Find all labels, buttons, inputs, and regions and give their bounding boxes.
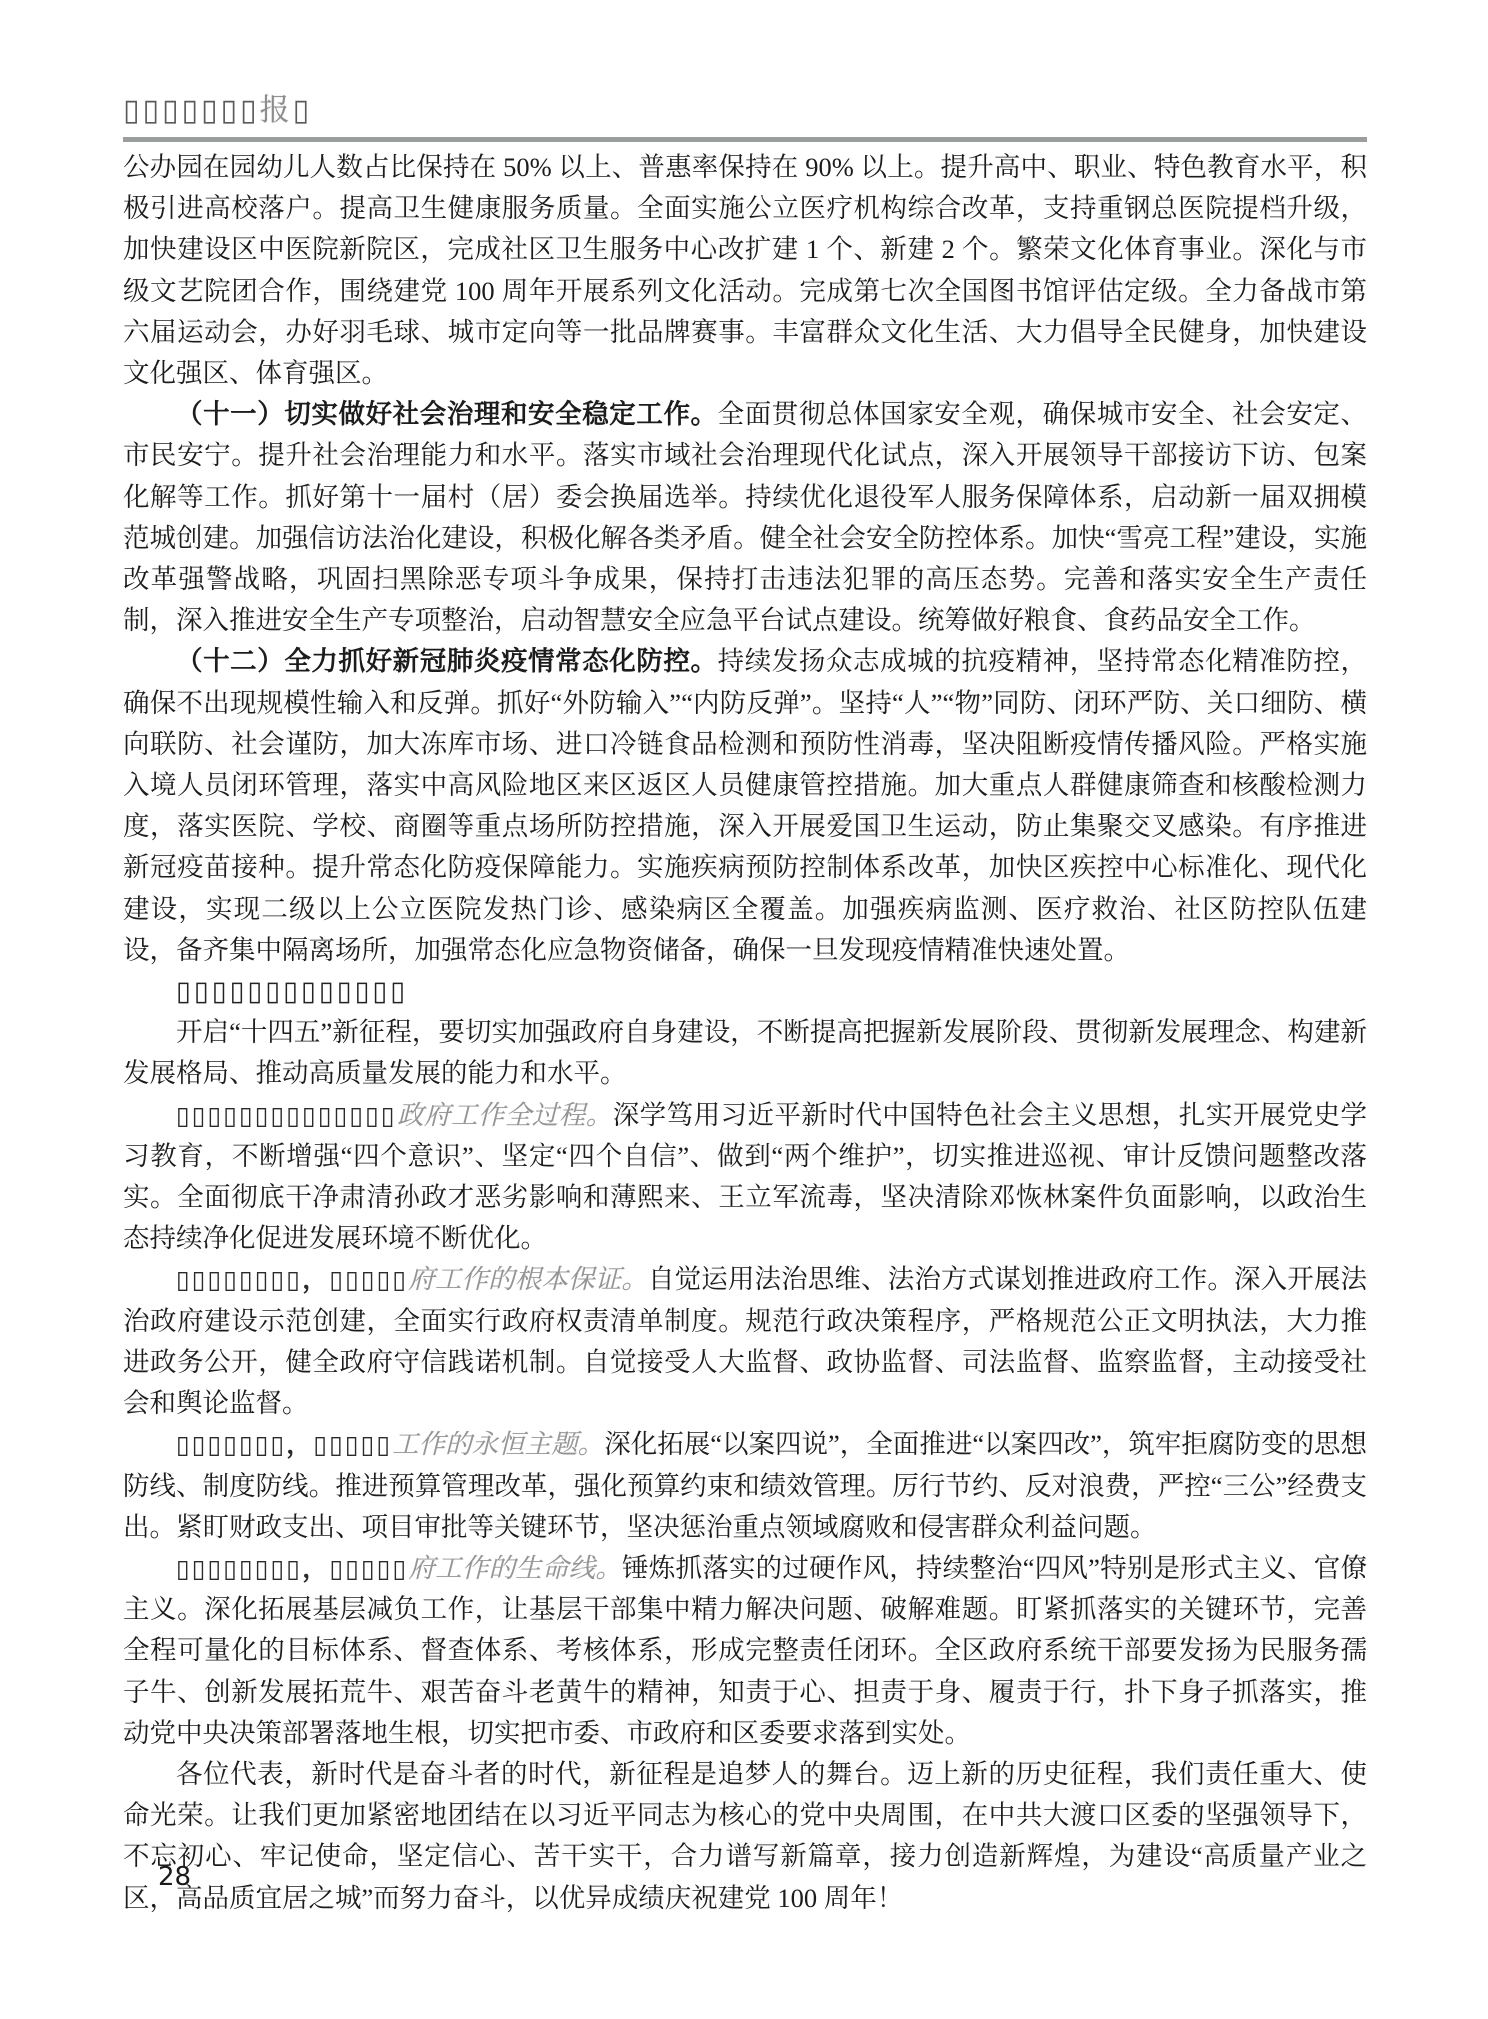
masthead: ▯▯▯▯▯▯▯报▯	[123, 94, 312, 128]
missing-glyph-boxes: ▯▯▯▯▯▯▯，▯▯▯▯▯	[176, 1430, 392, 1459]
paragraph-text: 开启“十四五”新征程，要切实加强政府自身建设，不断提高把握新发展阶段、贯彻新发展…	[123, 1017, 1367, 1088]
missing-glyph-boxes: ▯▯▯▯▯▯▯▯▯▯▯▯▯	[176, 976, 408, 1007]
script-fragment: 工作的永恒主题。	[392, 1429, 604, 1459]
section-12-heading: （十二）全力抓好新冠肺炎疫情常态化防控。	[176, 646, 718, 676]
paragraph-text: 全面贯彻总体国家安全观，确保城市安全、社会安定、市民安宁。提升社会治理能力和水平…	[123, 399, 1367, 635]
paragraph-rule-of-law: ▯▯▯▯▯▯▯▯，▯▯▯▯▯府工作的根本保证。自觉运用法治思维、法治方式谋划推进…	[123, 1259, 1367, 1424]
script-fragment: 府工作的根本保证。	[408, 1264, 648, 1294]
script-fragment: 府工作的生命线。	[408, 1553, 622, 1583]
masthead-missing-glyph-box-tail: ▯	[293, 93, 313, 128]
paragraph-text: 各位代表，新时代是奋斗者的时代，新征程是追梦人的舞台。迈上新的历史征程，我们责任…	[123, 1759, 1367, 1913]
section-heading-missing-glyphs: ▯▯▯▯▯▯▯▯▯▯▯▯▯	[123, 971, 1367, 1012]
paragraph-work-style: ▯▯▯▯▯▯▯▯，▯▯▯▯▯府工作的生命线。锤炼抓落实的过硬作风，持续整治“四风…	[123, 1548, 1367, 1754]
paragraph-section-12: （十二）全力抓好新冠肺炎疫情常态化防控。持续发扬众志成城的抗疫精神，坚持常态化精…	[123, 641, 1367, 971]
paragraph: 开启“十四五”新征程，要切实加强政府自身建设，不断提高把握新发展阶段、贯彻新发展…	[123, 1012, 1367, 1094]
document-body: 公办园在园幼儿人数占比保持在 50% 以上、普惠率保持在 90% 以上。提升高中…	[123, 147, 1367, 1919]
script-fragment: 政府工作全过程。	[397, 1100, 613, 1130]
paragraph-section-11: （十一）切实做好社会治理和安全稳定工作。全面贯彻总体国家安全观，确保城市安全、社…	[123, 394, 1367, 641]
header-divider-rule	[123, 137, 1367, 142]
section-11-heading: （十一）切实做好社会治理和安全稳定工作。	[176, 399, 718, 429]
paragraph-continuation: 公办园在园幼儿人数占比保持在 50% 以上、普惠率保持在 90% 以上。提升高中…	[123, 147, 1367, 394]
document-page: ▯▯▯▯▯▯▯报▯ 公办园在园幼儿人数占比保持在 50% 以上、普惠率保持在 9…	[0, 0, 1488, 2019]
missing-glyph-boxes: ▯▯▯▯▯▯▯▯，▯▯▯▯▯	[176, 1554, 408, 1583]
masthead-missing-glyph-boxes: ▯▯▯▯▯▯▯	[123, 93, 260, 128]
masthead-glyph: 报	[260, 93, 293, 128]
paragraph-text: 持续发扬众志成城的抗疫精神，坚持常态化精准防控，确保不出现规模性输入和反弹。抓好…	[123, 646, 1367, 964]
paragraph-clean-governance: ▯▯▯▯▯▯▯，▯▯▯▯▯工作的永恒主题。深化拓展“以案四说”，全面推进“以案四…	[123, 1424, 1367, 1548]
missing-glyph-boxes: ▯▯▯▯▯▯▯▯，▯▯▯▯▯	[176, 1265, 408, 1294]
paragraph-text: 公办园在园幼儿人数占比保持在 50% 以上、普惠率保持在 90% 以上。提升高中…	[123, 152, 1367, 388]
paragraph-party-leadership: ▯▯▯▯▯▯▯▯▯▯▯▯▯▯政府工作全过程。深学笃用习近平新时代中国特色社会主义…	[123, 1095, 1367, 1260]
missing-glyph-boxes: ▯▯▯▯▯▯▯▯▯▯▯▯▯▯	[176, 1101, 397, 1130]
paragraph-closing: 各位代表，新时代是奋斗者的时代，新征程是追梦人的舞台。迈上新的历史征程，我们责任…	[123, 1754, 1367, 1919]
page-number: 28	[158, 1862, 191, 1892]
